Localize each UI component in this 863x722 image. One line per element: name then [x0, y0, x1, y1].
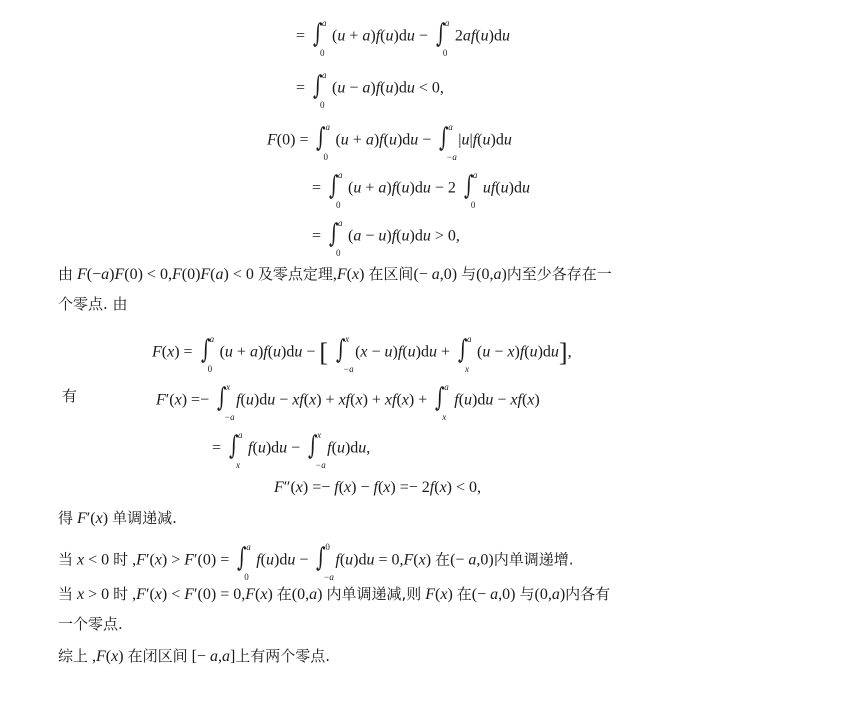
integral: ∫a0	[315, 126, 329, 156]
integral: ∫a−a	[438, 126, 452, 156]
integral: ∫ax	[228, 434, 242, 464]
text-when: 当	[58, 551, 73, 569]
text-zai: 在	[435, 551, 450, 569]
label-you: 有	[62, 386, 77, 407]
text-you: 由	[58, 265, 73, 283]
integral: ∫a0	[200, 338, 214, 368]
text-shi: 时	[113, 551, 128, 569]
equation-line-1: = ∫a0 (u + a)f(u)du − ∫a0 2af(u)du	[296, 22, 510, 52]
paragraph-decreasing: 得 F′(x) 单调递减.	[58, 508, 177, 529]
integral: ∫a0	[236, 546, 250, 576]
equation-line-3-F0: F(0) = ∫a0 (u + a)f(u)du − ∫a−a |u|f(u)d…	[267, 126, 512, 156]
text-you-label: 有	[62, 387, 77, 405]
paragraph-zero-theorem-line-2: 个零点. 由	[58, 294, 128, 315]
paragraph-x-negative: 当 x < 0 时 ,F′(x) > F′(0) = ∫a0 f(u)du − …	[58, 546, 574, 576]
integral: ∫0−a	[315, 546, 329, 576]
integral: ∫ax	[457, 338, 471, 368]
integral: ∫a0	[328, 222, 342, 252]
equation-Fprime-simplified: = ∫ax f(u)du − ∫x−a f(u)du,	[212, 434, 370, 464]
text-in-interval: 在区间	[368, 265, 413, 283]
integral: ∫a0	[312, 74, 326, 104]
text-each-has: 内各有	[565, 585, 610, 603]
integral: ∫x−a	[216, 386, 230, 416]
text-closed-interval: 在闭区间	[128, 647, 188, 665]
integral: ∫a0	[435, 22, 449, 52]
text-when: 当	[58, 585, 73, 603]
text-and: 与	[461, 265, 476, 283]
text-zai: 在	[277, 585, 292, 603]
equation-line-2: = ∫a0 (u − a)f(u)du < 0,	[296, 74, 444, 104]
paragraph-zero-theorem-line-1: 由 F(−a)F(0) < 0,F(0)F(a) < 0 及零点定理,F(x) …	[58, 264, 612, 285]
text-monotone-decreasing: 单调递减.	[112, 509, 177, 527]
equation-line-4: = ∫a0 (u + a)f(u)du − 2 ∫a0 uf(u)du	[312, 174, 530, 204]
integral: ∫ax	[434, 386, 448, 416]
text-in-summary: 综上	[58, 647, 88, 665]
paragraph-conclusion: 综上 ,F(x) 在闭区间 [− a,a]上有两个零点.	[58, 646, 330, 667]
paragraph-x-positive-line-1: 当 x > 0 时 ,F′(x) < F′(0) = 0,F(x) 在(0,a)…	[58, 584, 610, 605]
text-de: 得	[58, 509, 73, 527]
integral: ∫x−a	[335, 338, 349, 368]
equation-Fprime: F′(x) =− ∫x−a f(u)du − xf(x) + xf(x) + x…	[156, 386, 540, 416]
text-zai: 在	[457, 585, 472, 603]
text-shi: 时	[113, 585, 128, 603]
text-and: 与	[519, 585, 534, 603]
integral: ∫a0	[328, 174, 342, 204]
equation-Fdoubleprime: F″(x) =− f(x) − f(x) =− 2f(x) < 0,	[274, 478, 481, 498]
paragraph-x-positive-line-2: 一个零点.	[58, 614, 123, 635]
text-monotone-increasing: 内单调递增.	[494, 551, 574, 569]
integral: ∫a0	[312, 22, 326, 52]
equation-Fx-definition: F(x) = ∫a0 (u + a)f(u)du − [ ∫x−a (x − u…	[152, 338, 572, 368]
text-zero-theorem: 及零点定理	[258, 265, 333, 283]
text-one-zero: 一个零点.	[58, 615, 123, 633]
equation-line-5: = ∫a0 (a − u)f(u)du > 0,	[312, 222, 460, 252]
integral: ∫a0	[463, 174, 477, 204]
text-one-zero: 个零点. 由	[58, 295, 128, 313]
integral: ∫x−a	[307, 434, 321, 464]
text-at-least: 内至少各存在一	[507, 265, 612, 283]
text-decreasing-then: 内单调递减,则	[326, 585, 421, 603]
text-two-zeros: 上有两个零点.	[235, 647, 330, 665]
